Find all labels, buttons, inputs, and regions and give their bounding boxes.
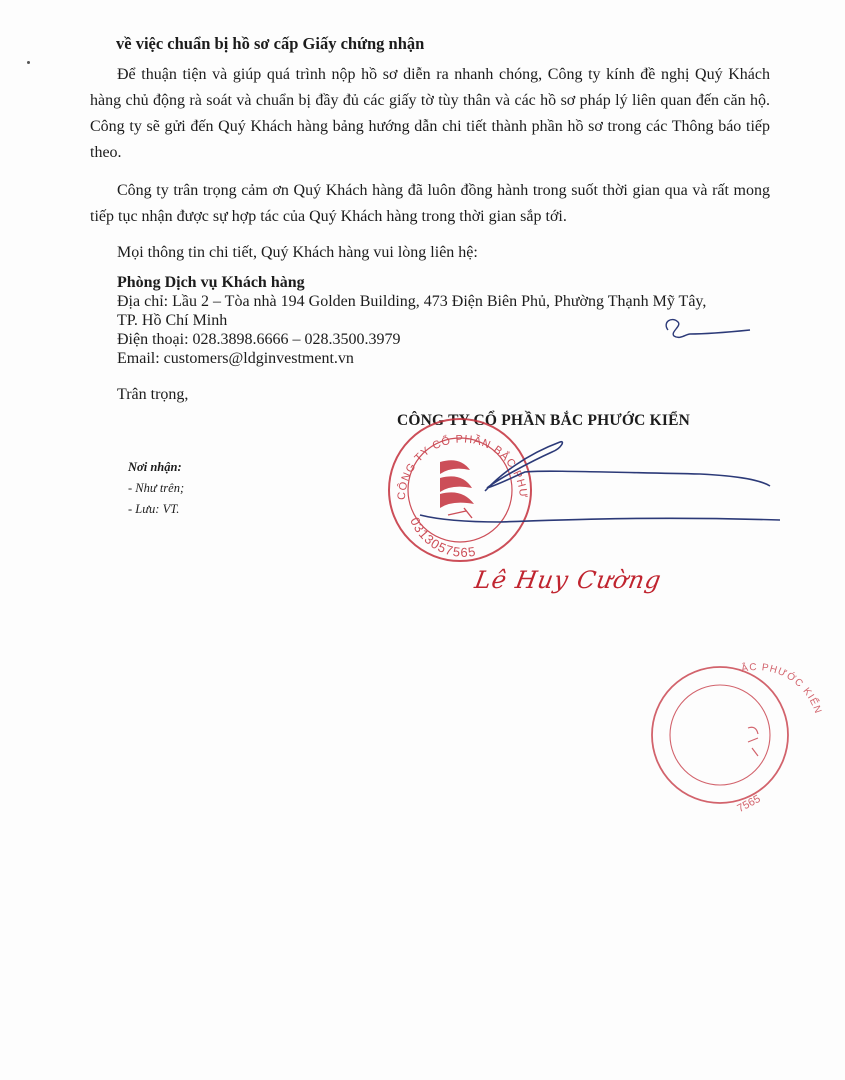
signer-name: Lê Huy Cường: [473, 566, 664, 594]
document-page: về việc chuẩn bị hồ sơ cấp Giấy chứng nh…: [0, 0, 845, 1080]
company-stamp-icon: CÔNG TY CỔ PHẦN BẮC PHƯỚC KIỂN 031305756…: [0, 0, 531, 561]
svg-text:CÔNG TY CỔ PHẦN BẮC PHƯỚC KIỂN: CÔNG TY CỔ PHẦN BẮC PHƯỚC KIỂN: [0, 0, 529, 500]
partial-stamp-icon: ẮC PHƯỚC KIỂN 7565: [652, 661, 823, 815]
svg-text:7565: 7565: [735, 793, 762, 815]
scan-speck: [27, 61, 30, 64]
stamps-and-signatures: CÔNG TY CỔ PHẦN BẮC PHƯỚC KIỂN 031305756…: [0, 0, 845, 1080]
